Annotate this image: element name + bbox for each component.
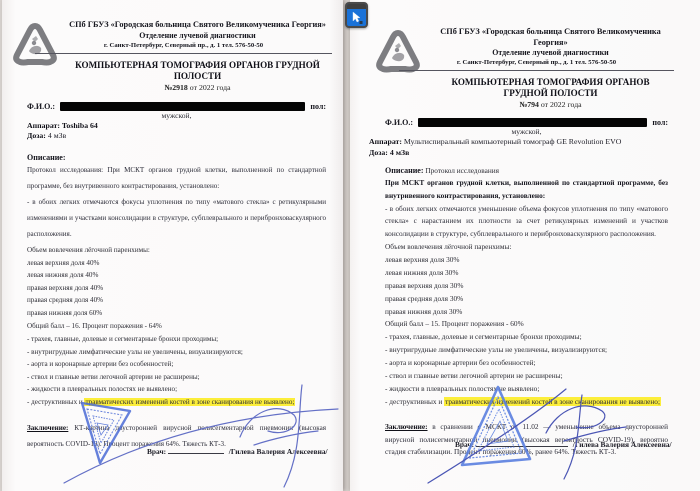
- org-department: Отделение лучевой диагностики: [433, 48, 668, 58]
- yellow-highlight: травматических изменений костей в зоне с…: [444, 397, 661, 406]
- fio-redaction-bar: [418, 118, 647, 127]
- description-label: Описание:: [385, 166, 424, 175]
- dose-line: Доза: 4 мЗв: [369, 148, 668, 159]
- device-line: Аппарат: Toshiba 64: [27, 121, 326, 132]
- volume-item: правая верхняя доля 30%: [385, 280, 668, 293]
- screen: { "overlay": { "icon": "screen-share-cur…: [0, 0, 700, 491]
- volume-item: левая нижняя доля 40%: [27, 269, 326, 282]
- fio-label: Ф.И.О.:: [27, 102, 55, 111]
- report-title: КОМПЬЮТЕРНАЯ ТОМОГРАФИЯ ОРГАНОВ ГРУДНОЙ …: [69, 60, 326, 82]
- org-address: г. Санкт-Петербург, Северный пр., д. 1 т…: [35, 41, 332, 54]
- signature-line: [476, 440, 568, 447]
- cursor-arrow-icon: [349, 10, 364, 25]
- conclusion-label: Заключение:: [27, 424, 68, 432]
- doctor-signature-row: Врач: /Гилева Валерия Алексеевна/: [147, 447, 328, 456]
- org-name: СПб ГБУЗ «Городская больница Святого Вел…: [69, 20, 326, 31]
- signature-line: [168, 447, 224, 454]
- dose-line: Доза: 4 мЗв: [27, 131, 326, 142]
- highlighted-finding: - деструктивных и травматических изменен…: [385, 396, 668, 409]
- highlighted-finding: - деструктивных и травматических изменен…: [27, 396, 326, 409]
- report-title: КОМПЬЮТЕРНАЯ ТОМОГРАФИЯ ОРГАНОВ ГРУДНОЙ …: [433, 77, 668, 99]
- sex-value: мужской,: [27, 111, 326, 121]
- volume-item: правая нижняя доля 60%: [27, 307, 326, 320]
- fio-label: Ф.И.О.:: [385, 118, 413, 127]
- yellow-highlight: травматических изменений костей в зоне с…: [84, 398, 295, 406]
- description-label: Описание:: [27, 153, 326, 162]
- finding-item: - жидкости в плевральных полостях не выя…: [385, 383, 668, 396]
- protocol-text: Протокол исследования: При МСКТ органов …: [27, 162, 326, 194]
- org-name: СПб ГБУЗ «Городская больница Святого Вел…: [433, 27, 668, 48]
- volume-heading: Объем вовлечения лёгочной паренхимы:: [385, 241, 668, 254]
- report-page-left: СПб ГБУЗ «Городская больница Святого Вел…: [2, 0, 343, 491]
- doctor-signature-row: Врач: /Гилева Валерия Алексеевна/: [455, 440, 672, 449]
- total-score: Общий балл – 16. Процент поражения - 64%: [27, 319, 326, 333]
- report-number: №794 от 2022 года: [433, 99, 668, 110]
- cursor-chip-titlebar: [347, 4, 366, 9]
- org-address: г. Санкт-Петербург, Северный пр., д. 1 т…: [399, 58, 674, 71]
- sex-label: пол:: [310, 102, 326, 111]
- finding-item: - ствол и главные ветви легочной артерии…: [27, 371, 326, 384]
- finding-item: - жидкости в плевральных полостях не выя…: [27, 383, 326, 396]
- description-label-line: Описание: Протокол исследования: [385, 164, 668, 177]
- doctor-label: Врач:: [455, 440, 474, 449]
- findings-intro: - в обоих легких отмечаются фокусы уплот…: [27, 194, 326, 242]
- volume-item: левая верхняя доля 30%: [385, 254, 668, 267]
- sex-value: мужской,: [385, 127, 668, 137]
- volume-item: правая средняя доля 30%: [385, 293, 668, 306]
- finding-item: - ствол и главные ветви легочной артерии…: [385, 370, 668, 383]
- finding-item: - трахея, главные, долевые и сегментарны…: [27, 333, 326, 346]
- report-number: №2918 от 2022 года: [69, 82, 326, 93]
- finding-item: - внутригрудные лимфатические узлы не ув…: [27, 346, 326, 359]
- findings-intro: - в обоих легких отмечаются уменьшение о…: [385, 203, 668, 241]
- volume-item: правая средняя доля 40%: [27, 294, 326, 307]
- doctor-label: Врач:: [147, 447, 166, 456]
- conclusion-text: КТ-картина двусторонней вирусной полисег…: [27, 424, 326, 448]
- volume-item: левая нижняя доля 30%: [385, 267, 668, 280]
- volume-item: левая верхняя доля 40%: [27, 257, 326, 270]
- doctor-name: /Гилева Валерия Алексеевна/: [229, 447, 328, 456]
- finding-item: - аорта и коронарные артерии без особенн…: [27, 358, 326, 371]
- fio-redaction-bar: [60, 102, 305, 111]
- conclusion-label: Заключение:: [385, 422, 428, 431]
- screen-share-cursor-icon[interactable]: [345, 2, 368, 28]
- volume-heading: Объем вовлечения лёгочной паренхимы:: [27, 243, 326, 257]
- finding-item: - трахея, главные, долевые и сегментарны…: [385, 331, 668, 344]
- org-department: Отделение лучевой диагностики: [69, 31, 326, 41]
- description-label-suffix: Протокол исследования: [424, 166, 500, 175]
- total-score: Общий балл – 15. Процент поражения - 60%: [385, 318, 668, 331]
- sex-label: пол:: [652, 118, 668, 127]
- doctor-name: /Гилева Валерия Алексеевна/: [573, 440, 672, 449]
- protocol-text: При МСКТ органов грудной клетки, выполне…: [385, 177, 668, 203]
- device-line: Аппарат: Мультиспиральный компьютерный т…: [369, 137, 668, 148]
- volume-item: правая нижняя доля 30%: [385, 306, 668, 319]
- volume-item: правая верхняя доля 40%: [27, 282, 326, 295]
- finding-item: - аорта и коронарные артерии без особенн…: [385, 357, 668, 370]
- finding-item: - внутригрудные лимфатические узлы не ув…: [385, 344, 668, 357]
- report-page-right: СПб ГБУЗ «Городская больница Святого Вел…: [350, 0, 700, 491]
